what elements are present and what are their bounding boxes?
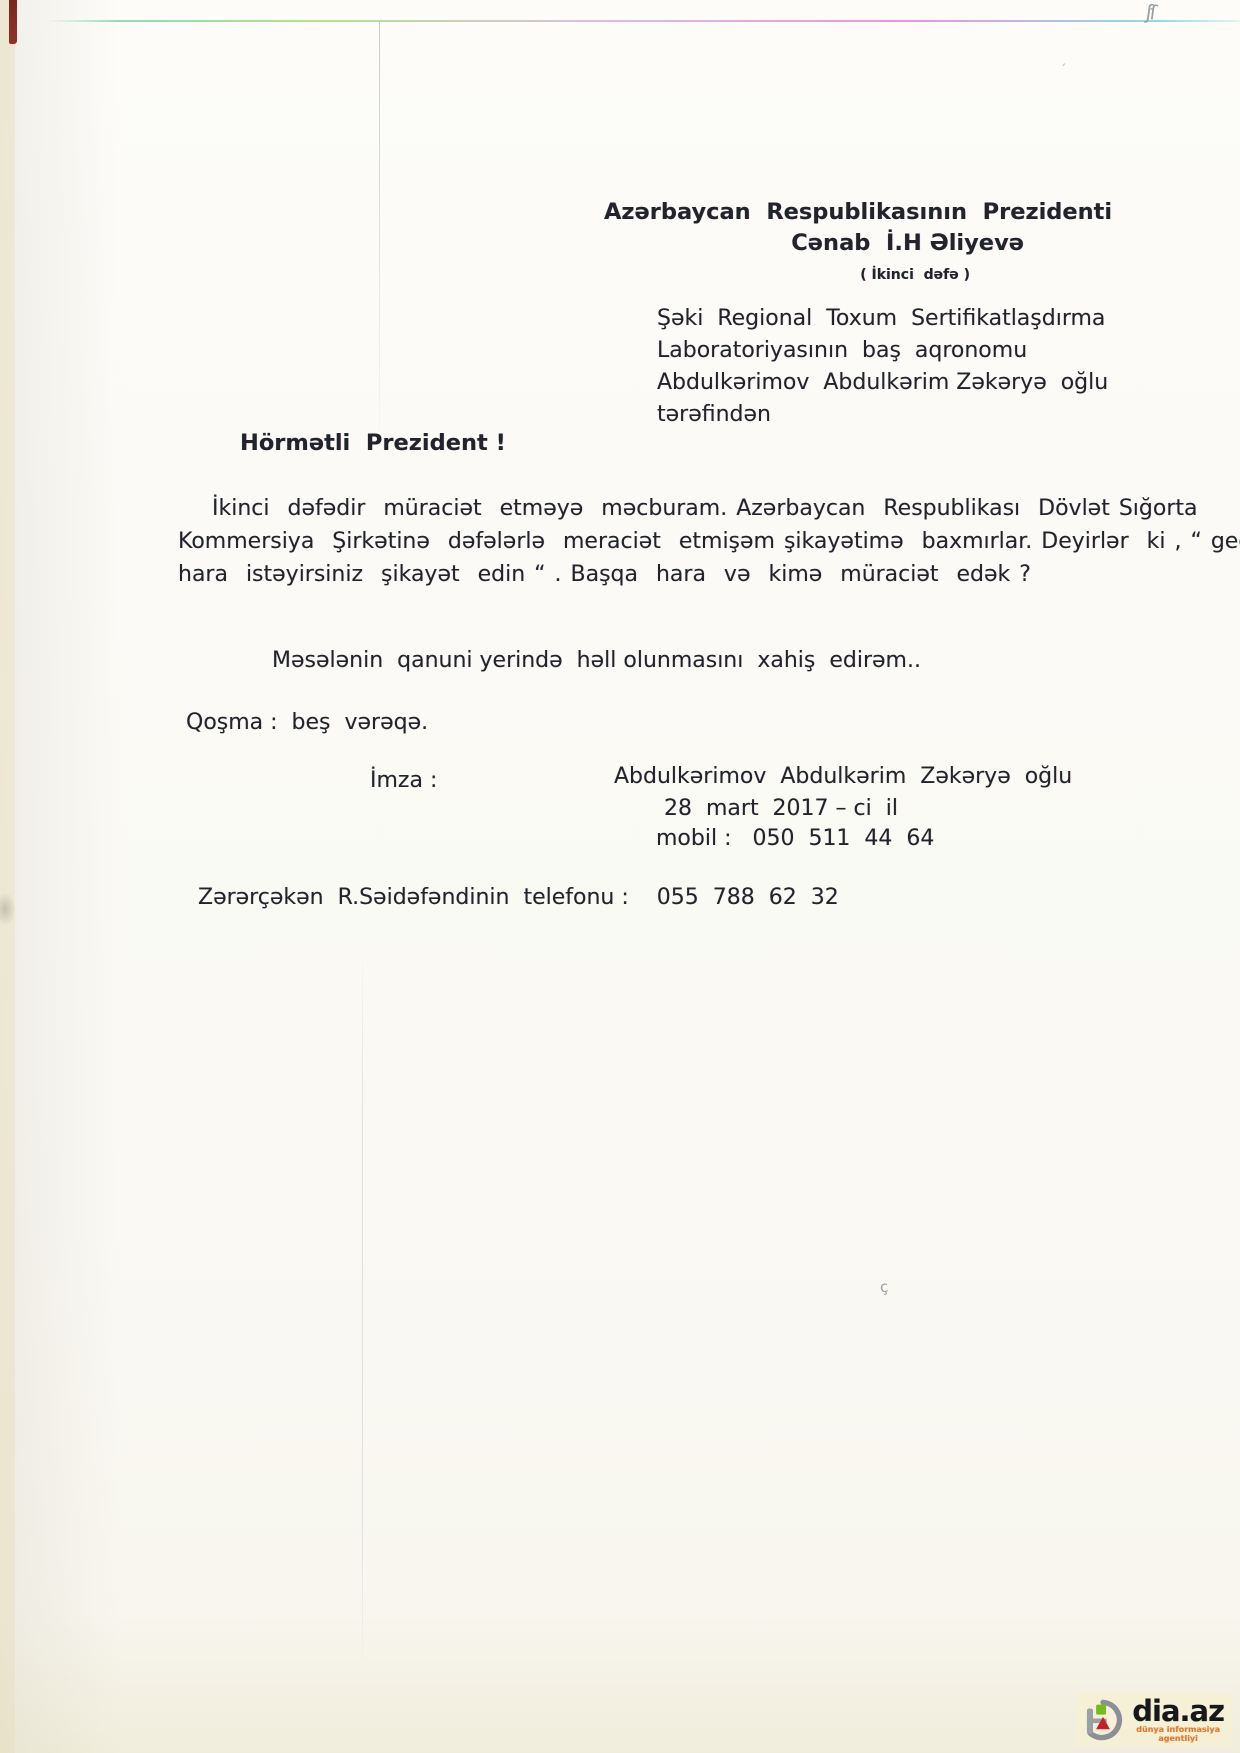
sender-org-line2: Laboratoriyasının baş aqronomu — [657, 335, 1108, 367]
attachment-note: Qoşma : beş vərəqə. — [186, 710, 428, 735]
scan-chromatic-line — [46, 20, 1240, 22]
sender-name: Abdulkərimov Abdulkərim Zəkəryə oğlu — [657, 367, 1108, 399]
watermark-tagline-line1: dünya informasiya — [1136, 1725, 1220, 1734]
paper-crease-upper — [379, 22, 380, 472]
dia-az-watermark: dia.az dünya informasiya agentliyi — [1076, 1693, 1232, 1747]
salutation: Hörmətli Prezident ! — [240, 430, 506, 456]
sender-org-line1: Şəki Regional Toxum Sertifikatlaşdırma — [657, 303, 1108, 335]
scanned-letter-page: ʃſ ˏ ç Azərbaycan Respublikasının Prezid… — [0, 0, 1240, 1753]
dia-az-logo-icon — [1080, 1697, 1126, 1743]
signature-label: İmza : — [370, 768, 437, 793]
body-line: hara istəyirsiniz şikayət edin “ . Başqa… — [178, 558, 1240, 591]
watermark-text: dia.az dünya informasiya agentliyi — [1132, 1697, 1224, 1743]
paper-shading-bottom — [0, 1613, 1240, 1753]
pen-dot-icon: ˏ — [1060, 52, 1067, 67]
paper-shading-left — [0, 0, 120, 1753]
victim-phone-line: Zərərçəkən R.Səidəfəndinin telefonu : 05… — [198, 885, 839, 910]
recipient-block: Azərbaycan Respublikasının Prezidenti Cə… — [604, 197, 1024, 291]
recipient-note: ( İkinci dəfə ) — [604, 260, 1024, 291]
recipient-title: Azərbaycan Respublikasının Prezidenti — [604, 197, 1024, 228]
watermark-tagline-line2: agentliyi — [1158, 1734, 1198, 1743]
scan-corner-red-mark — [9, 0, 17, 44]
watermark-brand: dia.az — [1132, 1697, 1224, 1725]
paper-crease-lower — [362, 940, 363, 1670]
request-line: Məsələnin qanuni yerində həll olunmasını… — [272, 648, 921, 673]
pen-squiggle-icon: ç — [879, 1278, 889, 1297]
recipient-name: Cənab İ.H Əliyevə — [604, 228, 1024, 259]
signature-mobile: mobil : 050 511 44 64 — [656, 826, 934, 851]
signature-date: 28 mart 2017 – ci il — [664, 796, 898, 821]
body-line: İkinci dəfədir müraciət etməyə məcburam.… — [178, 492, 1240, 525]
sender-block: Şəki Regional Toxum Sertifikatlaşdırma L… — [657, 303, 1108, 431]
scan-edge-strip — [0, 0, 15, 1753]
sender-suffix: tərəfindən — [657, 399, 1108, 431]
signature-name: Abdulkərimov Abdulkərim Zəkəryə oğlu — [614, 764, 1072, 789]
body-line: Kommersiya Şirkətinə dəfələrlə meraciət … — [178, 525, 1240, 558]
body-paragraph: İkinci dəfədir müraciət etməyə məcburam.… — [178, 492, 1240, 591]
